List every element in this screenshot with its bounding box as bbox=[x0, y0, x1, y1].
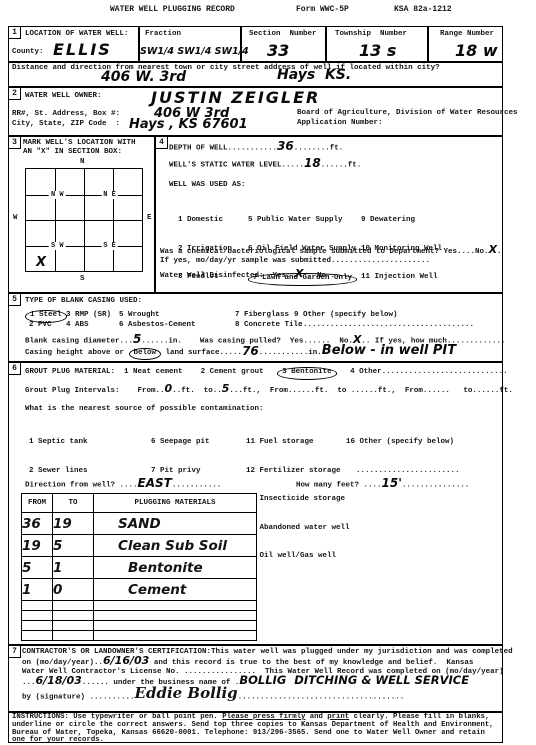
disinfected-label: Water Well Disinfected: Yes.. bbox=[160, 272, 295, 280]
owner-city-label: City, State, ZIP Code : bbox=[12, 120, 120, 130]
static-level-units: ......ft. bbox=[321, 161, 362, 169]
grout-option[interactable]: 4 Other............................ bbox=[350, 368, 508, 376]
contamination-option[interactable]: 14 Abandoned water well bbox=[246, 524, 350, 534]
contamination-col3: 11 Fuel storage 12 Fertilizer storage 13… bbox=[246, 419, 350, 581]
casing-option[interactable]: 6 Asbestos-Cement bbox=[119, 321, 196, 331]
disinfected-yes-x-mark[interactable]: X bbox=[295, 268, 303, 279]
print-underlined: print bbox=[327, 713, 349, 721]
casing-diameter-label: Blank casing diameter... bbox=[25, 337, 133, 345]
plug-to-value[interactable]: 5 bbox=[53, 535, 94, 557]
section3-number: 3 bbox=[9, 137, 21, 149]
used-as-option[interactable]: 11 Injection Well bbox=[361, 273, 483, 283]
grout-option-selected[interactable]: 3 Bentonite bbox=[277, 367, 337, 380]
contamination-question: What is the nearest source of possible c… bbox=[25, 405, 264, 415]
section7-certification-box: 7 CONTRACTOR'S OR LANDOWNER'S CERTIFICAT… bbox=[8, 645, 503, 712]
section6-grout-box: 6 GROUT PLUG MATERIAL: 1 Neat cement 2 C… bbox=[8, 362, 503, 645]
contamination-option[interactable]: 2 Sewer lines bbox=[29, 467, 143, 477]
depth-of-well-line: DEPTH OF WELL...........36........ft. bbox=[169, 143, 343, 154]
contamination-option[interactable]: 6 Seepage pit bbox=[151, 438, 228, 448]
city-state-value[interactable]: Hays KS. bbox=[277, 67, 351, 83]
static-water-level-line: WELL'S STATIC WATER LEVEL.....18......ft… bbox=[169, 160, 361, 171]
table-row bbox=[22, 631, 257, 641]
contamination-other-blank[interactable]: ....................... bbox=[346, 467, 460, 477]
distance-question: Distance and direction from nearest town… bbox=[12, 64, 440, 74]
disinfected-line: Water Well Disinfected: Yes..X.. No.....… bbox=[160, 271, 353, 281]
section5-casing-box: 5 TYPE OF BLANK CASING USED: 1 Steel 3 R… bbox=[8, 293, 503, 362]
static-level-value[interactable]: 18 bbox=[304, 157, 321, 169]
section7-number: 7 bbox=[9, 646, 21, 658]
section3-title-line2: AN "X" IN SECTION BOX: bbox=[23, 148, 122, 158]
township-value[interactable]: 13 s bbox=[359, 41, 396, 60]
form-number: Form WWC-5P bbox=[296, 5, 349, 15]
casing-option[interactable]: 3 RMP (SR) bbox=[66, 311, 111, 321]
direction-label: Direction from well? .... bbox=[25, 481, 138, 489]
county-label: County: bbox=[12, 48, 44, 58]
table-row: 5 1 Bentonite bbox=[22, 557, 257, 579]
casing-height-note[interactable]: Below - in well PIT bbox=[322, 344, 456, 357]
table-empty-cell[interactable] bbox=[94, 601, 257, 611]
table-row: 19 5 Clean Sub Soil bbox=[22, 535, 257, 557]
owner-name-value[interactable]: JUSTIN ZEIGLER bbox=[151, 88, 320, 107]
table-empty-cell[interactable] bbox=[22, 631, 53, 641]
section5-number: 5 bbox=[9, 294, 21, 306]
grout-intervals-label: Grout Plug Intervals: From.. bbox=[25, 387, 165, 395]
county-value[interactable]: ELLIS bbox=[53, 40, 112, 59]
direction-value[interactable]: EAST bbox=[138, 477, 172, 489]
contamination-option[interactable]: 1 Septic tank bbox=[29, 438, 143, 448]
range-label: Range Number bbox=[440, 30, 494, 40]
compass-west-label: W bbox=[13, 214, 18, 224]
certification-line5: by (signature) ..........Eddie Bollig...… bbox=[22, 692, 404, 703]
instructions-text: INSTRUCTIONS: Use typewriter or ball poi… bbox=[12, 714, 500, 745]
grout-option[interactable]: 2 Cement grout bbox=[201, 368, 264, 376]
form-title: WATER WELL PLUGGING RECORD bbox=[110, 5, 235, 15]
table-empty-cell[interactable] bbox=[22, 621, 53, 631]
table-row bbox=[22, 611, 257, 621]
owner-address-label: RR#, St. Address, Box #: bbox=[12, 110, 120, 120]
certification-line4: ...6/18/03...... under the business name… bbox=[22, 678, 469, 689]
table-empty-cell[interactable] bbox=[22, 601, 53, 611]
grout-intervals-line: Grout Plug Intervals: From..0..ft. to..5… bbox=[25, 386, 513, 396]
agency-label: Board of Agriculture, Division of Water … bbox=[297, 109, 518, 119]
casing-option[interactable]: 2 PVC bbox=[29, 321, 52, 331]
section1-title: LOCATION OF WATER WELL: bbox=[25, 30, 129, 40]
sample-submitted-line: Was a chemical/bacteriological sample su… bbox=[160, 247, 502, 257]
compass-north-label: N bbox=[80, 158, 85, 168]
sample-submitted-label: Was a chemical/bacteriological sample su… bbox=[160, 248, 489, 256]
plug-to-value[interactable]: 19 bbox=[53, 513, 94, 535]
section-number-label: Section Number bbox=[249, 30, 317, 40]
fraction-label: Fraction bbox=[145, 30, 181, 40]
grid-ne-label: N E bbox=[101, 191, 118, 199]
if-yes-sample-line: If yes, mo/day/yr sample was submitted..… bbox=[160, 257, 430, 267]
application-number-label: Application Number: bbox=[297, 119, 383, 129]
plug-material-value[interactable]: Bentonite bbox=[94, 557, 257, 579]
used-as-label: WELL WAS USED AS: bbox=[169, 181, 246, 191]
grid-sw-label: S W bbox=[49, 242, 66, 250]
grout-material-line: GROUT PLUG MATERIAL: 1 Neat cement 2 Cem… bbox=[25, 367, 508, 380]
certification-line2: on (mo/day/year)..6/16/03 and this recor… bbox=[22, 658, 473, 668]
table-row: 1 0 Cement bbox=[22, 579, 257, 601]
casing-option[interactable]: 5 Wrought bbox=[119, 311, 160, 321]
casing-option[interactable]: 7 Fiberglass bbox=[235, 311, 289, 321]
direction-line: Direction from well? ....EAST........... bbox=[25, 480, 221, 491]
plug-from-value[interactable]: 5 bbox=[22, 557, 53, 579]
table-empty-cell[interactable] bbox=[53, 611, 94, 621]
contamination-option[interactable]: 16 Other (specify below) bbox=[346, 438, 460, 448]
depth-units: ........ft. bbox=[294, 144, 344, 152]
casing-option[interactable]: 4 ABS bbox=[66, 321, 89, 331]
fraction-value[interactable]: SW1/4 SW1/4 SW1/4 bbox=[140, 46, 249, 57]
well-location-x-mark[interactable]: X bbox=[36, 255, 46, 270]
table-header-from: FROM bbox=[22, 494, 53, 513]
plug-material-value[interactable]: Cement bbox=[94, 579, 257, 601]
used-as-option[interactable]: 9 Dewatering bbox=[361, 216, 483, 226]
record-date-value[interactable]: 6/18/03 bbox=[36, 675, 82, 686]
sample-no-x-mark[interactable]: X bbox=[489, 244, 497, 255]
table-empty-cell[interactable] bbox=[94, 621, 257, 631]
table-header-to: TO bbox=[53, 494, 94, 513]
table-empty-cell[interactable] bbox=[53, 621, 94, 631]
casing-option[interactable]: 9 Other (specify below) bbox=[294, 311, 398, 321]
range-value[interactable]: 18 w bbox=[455, 41, 498, 60]
street-address-value[interactable]: 406 W. 3rd bbox=[101, 69, 186, 85]
plugging-materials-table: FROM TO PLUGGING MATERIALS 36 19 SAND 19… bbox=[21, 493, 257, 641]
table-empty-cell[interactable] bbox=[22, 611, 53, 621]
depth-value[interactable]: 36 bbox=[277, 140, 294, 152]
section-number-value[interactable]: 33 bbox=[267, 41, 289, 60]
owner-city-value[interactable]: Hays , KS 67601 bbox=[129, 117, 248, 132]
contamination-option[interactable]: 7 Pit privy bbox=[151, 467, 228, 477]
feet-label: How many feet? .... bbox=[296, 481, 382, 489]
grout-material-label: GROUT PLUG MATERIAL: bbox=[25, 368, 115, 376]
casing-height-label: Casing height above or bbox=[25, 349, 129, 357]
section4-depth-box: 4 DEPTH OF WELL...........36........ft. … bbox=[155, 136, 503, 293]
table-row bbox=[22, 601, 257, 611]
used-as-option[interactable]: 1 Domestic bbox=[178, 216, 232, 226]
statute-number: KSA 82a-1212 bbox=[394, 5, 452, 15]
section2-number: 2 bbox=[9, 88, 21, 100]
press-firmly-underlined: Please press firmly bbox=[222, 713, 305, 721]
table-header-materials: PLUGGING MATERIALS bbox=[94, 494, 257, 513]
contamination-option[interactable]: 11 Fuel storage bbox=[246, 438, 350, 448]
plug-to-value[interactable]: 0 bbox=[53, 579, 94, 601]
plug-material-value[interactable]: SAND bbox=[94, 513, 257, 535]
below-word-selected[interactable]: below bbox=[129, 348, 162, 361]
business-name-value[interactable]: BOLLIG DITCHING & WELL SERVICE bbox=[239, 675, 469, 687]
section6-number: 6 bbox=[9, 363, 21, 375]
compass-south-label: S bbox=[80, 275, 85, 285]
table-empty-cell[interactable] bbox=[53, 601, 94, 611]
casing-other-blank[interactable]: ........................................ bbox=[294, 321, 474, 331]
plug-from-value[interactable]: 1 bbox=[22, 579, 53, 601]
section4-number: 4 bbox=[156, 137, 168, 149]
section-grid[interactable]: N W N E S W S E X bbox=[25, 168, 143, 272]
feet-line: How many feet? ....15'............... bbox=[296, 480, 469, 491]
plugged-date-value[interactable]: 6/16/03 bbox=[103, 655, 149, 666]
grid-nw-label: N W bbox=[49, 191, 66, 199]
plug-material-value[interactable]: Clean Sub Soil bbox=[94, 535, 257, 557]
section3-mark-location-box: 3 MARK WELL'S LOCATION WITH AN "X" IN SE… bbox=[8, 136, 155, 293]
section5-title: TYPE OF BLANK CASING USED: bbox=[25, 297, 142, 307]
table-empty-cell[interactable] bbox=[94, 631, 257, 641]
depth-label: DEPTH OF WELL........... bbox=[169, 144, 277, 152]
casing-height-line: Casing height above or below land surfac… bbox=[25, 347, 456, 360]
township-label: Township Number bbox=[335, 30, 407, 40]
contamination-option[interactable]: 15 Oil well/Gas well bbox=[246, 552, 350, 562]
section2-owner-box: 2 WATER WELL OWNER: JUSTIN ZEIGLER RR#, … bbox=[8, 87, 503, 136]
instructions-box: INSTRUCTIONS: Use typewriter or ball poi… bbox=[8, 712, 503, 743]
grout-option[interactable]: 1 Neat cement bbox=[124, 368, 183, 376]
water-well-plugging-record-form: WATER WELL PLUGGING RECORD Form WWC-5P K… bbox=[0, 0, 536, 745]
static-level-label: WELL'S STATIC WATER LEVEL..... bbox=[169, 161, 304, 169]
contamination-option[interactable]: 13 Insecticide storage bbox=[246, 495, 350, 505]
table-row: 36 19 SAND bbox=[22, 513, 257, 535]
casing-height-value[interactable]: 76 bbox=[242, 345, 259, 357]
plug-from-value[interactable]: 19 bbox=[22, 535, 53, 557]
casing-option[interactable]: 8 Concrete Tile bbox=[235, 321, 303, 331]
feet-value[interactable]: 15' bbox=[382, 477, 402, 489]
grid-se-label: S E bbox=[101, 242, 118, 250]
contamination-option[interactable]: 12 Fertilizer storage bbox=[246, 467, 350, 477]
section1-number: 1 bbox=[9, 27, 21, 39]
certification-line1: CONTRACTOR'S OR LANDOWNER'S CERTIFICATIO… bbox=[22, 648, 513, 658]
plug-from-value[interactable]: 36 bbox=[22, 513, 53, 535]
compass-east-label: E bbox=[147, 214, 152, 224]
plug-to-value[interactable]: 1 bbox=[53, 557, 94, 579]
used-as-option[interactable]: 5 Public Water Supply bbox=[248, 216, 357, 226]
signature-value[interactable]: Eddie Bollig bbox=[135, 686, 238, 701]
table-empty-cell[interactable] bbox=[94, 611, 257, 621]
table-row bbox=[22, 621, 257, 631]
table-empty-cell[interactable] bbox=[53, 631, 94, 641]
section1-location-box: 1 LOCATION OF WATER WELL: County: ELLIS … bbox=[8, 26, 503, 87]
owner-label: WATER WELL OWNER: bbox=[25, 92, 102, 102]
